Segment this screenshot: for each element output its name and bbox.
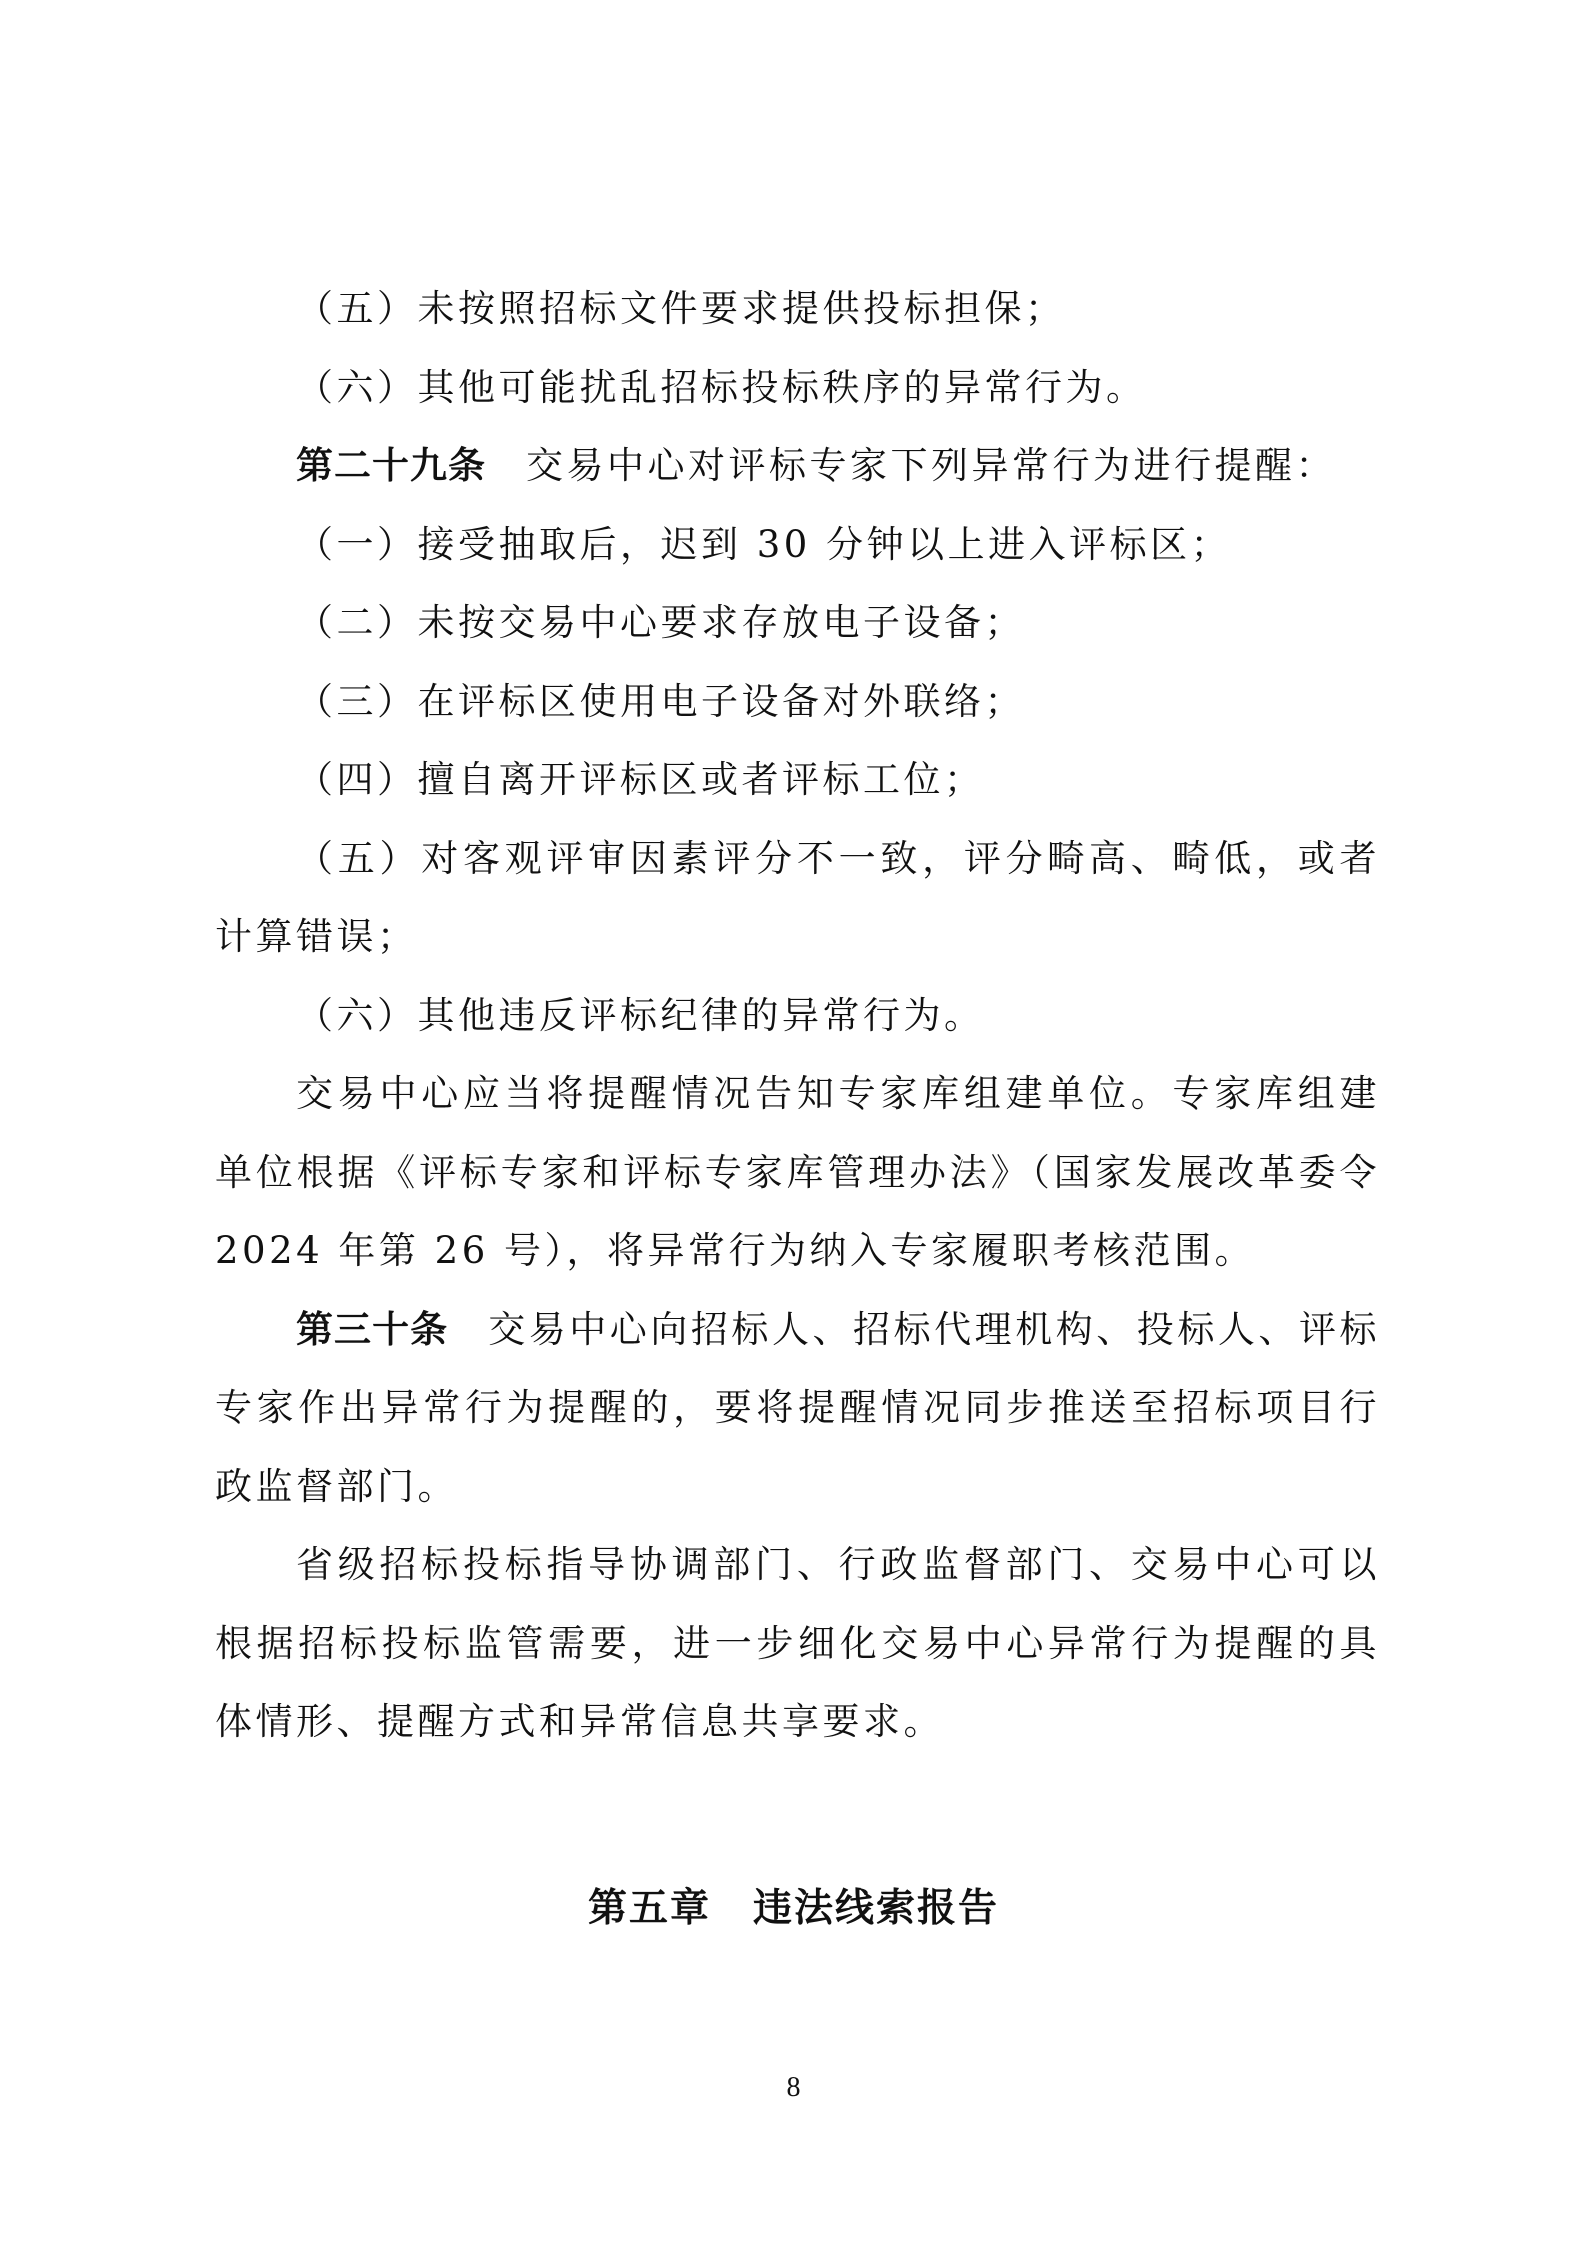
chapter-number: 第五章 xyxy=(588,1886,711,1931)
body-paragraph-notify: 交易中心应当将提醒情况告知专家库组建单位。专家库组建单位根据《评标专家和评标专家… xyxy=(215,1055,1380,1291)
list-item-3-expert: （三）在评标区使用电子设备对外联络； xyxy=(215,663,1380,742)
article-text: 交易中心对评标专家下列异常行为进行提醒： xyxy=(526,444,1336,487)
chapter-heading: 第五章违法线索报告 xyxy=(0,1877,1587,1933)
list-item-4-expert: （四）擅自离开评标区或者评标工位； xyxy=(215,741,1380,820)
article-30: 第三十条交易中心向招标人、招标代理机构、投标人、评标专家作出异常行为提醒的，要将… xyxy=(215,1291,1380,1527)
list-item-5-expert: （五）对客观评审因素评分不一致，评分畸高、畸低，或者计算错误； xyxy=(215,820,1380,977)
article-heading: 第二十九条 xyxy=(296,444,486,487)
list-item-5-bidder: （五）未按照招标文件要求提供投标担保； xyxy=(215,270,1380,349)
list-item-2-expert: （二）未按交易中心要求存放电子设备； xyxy=(215,584,1380,663)
list-item-6-bidder: （六）其他可能扰乱招标投标秩序的异常行为。 xyxy=(215,349,1380,428)
list-item-6-expert: （六）其他违反评标纪律的异常行为。 xyxy=(215,977,1380,1056)
article-heading: 第三十条 xyxy=(296,1308,448,1351)
chapter-title: 违法线索报告 xyxy=(753,1886,999,1931)
page-number: 8 xyxy=(0,2072,1587,2104)
list-item-1-expert: （一）接受抽取后，迟到 30 分钟以上进入评标区； xyxy=(215,506,1380,585)
document-body: （五）未按照招标文件要求提供投标担保； （六）其他可能扰乱招标投标秩序的异常行为… xyxy=(215,270,1380,1762)
body-paragraph-provincial: 省级招标投标指导协调部门、行政监督部门、交易中心可以根据招标投标监管需要，进一步… xyxy=(215,1526,1380,1762)
article-29: 第二十九条交易中心对评标专家下列异常行为进行提醒： xyxy=(215,427,1380,506)
